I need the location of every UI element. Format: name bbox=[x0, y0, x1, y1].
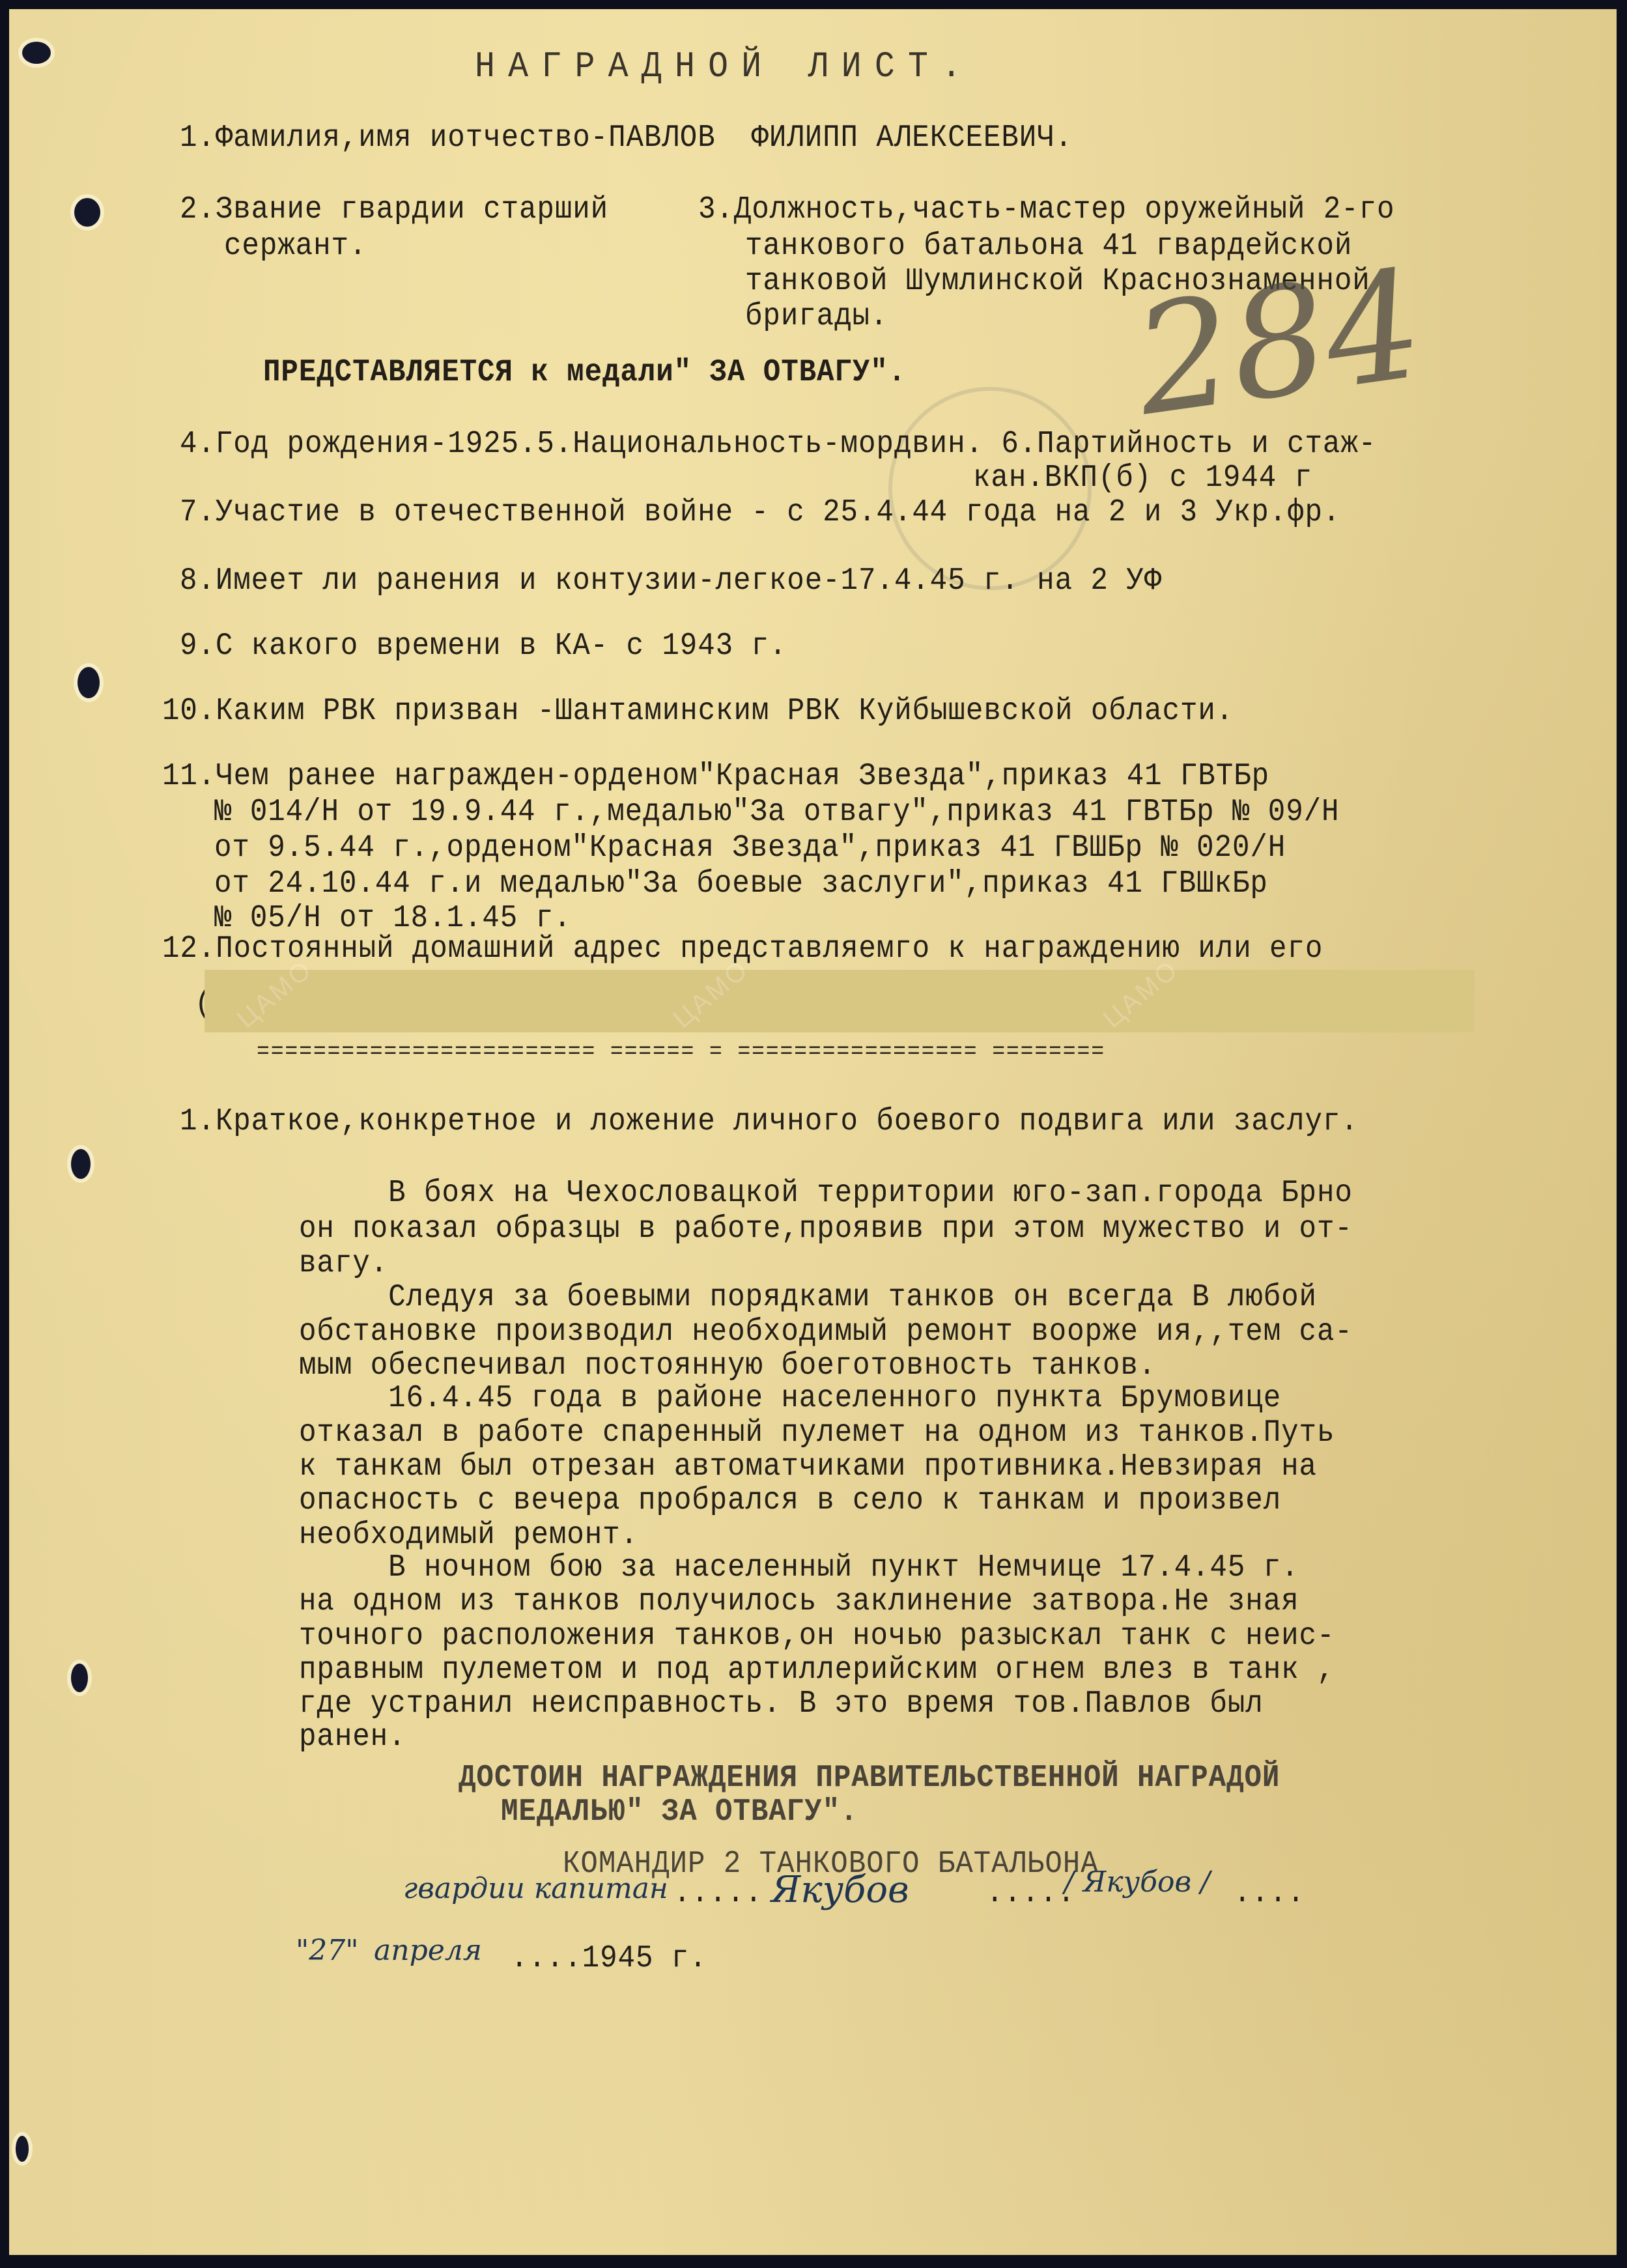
punch-hole bbox=[74, 198, 100, 227]
field-previous-awards-cont: № 014/Н от 19.9.44 г.,медалью"За отвагу"… bbox=[214, 794, 1339, 830]
field-previous-awards-cont: от 24.10.44 г.и медалью"За боевые заслуг… bbox=[214, 866, 1268, 902]
field-rank: 2.Звание гвардии старший bbox=[180, 191, 608, 228]
field-previous-awards-cont: от 9.5.44 г.,орденом"Красная Звезда",при… bbox=[214, 830, 1286, 866]
punch-hole bbox=[78, 667, 100, 698]
feat-text-line: где устранил неисправность. В это время … bbox=[299, 1686, 1264, 1722]
punch-hole bbox=[71, 1664, 88, 1692]
field-service-since: 9.С какого времени в КА- с 1943 г. bbox=[180, 628, 787, 664]
punch-hole bbox=[16, 2136, 29, 2162]
feat-text-line: он показал образцы в работе,проявив при … bbox=[299, 1211, 1353, 1247]
feat-text-line: на одном из танков получилось заклинение… bbox=[299, 1583, 1299, 1620]
feat-text-line: точного расположения танков,он ночью раз… bbox=[299, 1618, 1335, 1654]
field-conscription-office: 10.Каким РВК призван -Шантаминским РВК К… bbox=[162, 693, 1234, 730]
dots: ..... bbox=[986, 1875, 1075, 1912]
redacted-address-block bbox=[205, 970, 1475, 1032]
award-sheet-page: НАГРАДНОЙ ЛИСТ. 1.Фамилия,имя иотчество-… bbox=[9, 9, 1617, 2255]
field-position: 3.Должность,часть-мастер оружейный 2-го bbox=[698, 191, 1394, 228]
conclusion-medal: МЕДАЛЬЮ" ЗА ОТВАГУ". bbox=[501, 1794, 858, 1830]
feat-text-line: 16.4.45 года в районе населенного пункта… bbox=[299, 1380, 1281, 1417]
presented-for-award: ПРЕДСТАВЛЯЕТСЯ к медали" ЗА ОТВАГУ". bbox=[263, 354, 906, 391]
feat-text-line: правным пулеметом и под артиллерийским о… bbox=[299, 1652, 1335, 1688]
handwritten-commander-name: / Якубов / bbox=[1064, 1865, 1210, 1899]
feat-text-line: вагу. bbox=[299, 1245, 388, 1282]
field-position-cont: бригады. bbox=[745, 298, 888, 335]
field-rank-cont: сержант. bbox=[224, 228, 367, 264]
field-full-name: 1.Фамилия,имя иотчество-ПАВЛОВ ФИЛИПП АЛ… bbox=[180, 120, 1073, 156]
feat-text-line: отказал в работе спаренный пулемет на од… bbox=[299, 1415, 1335, 1451]
field-birth-nationality-party: 4.Год рождения-1925.5.Национальность-мор… bbox=[180, 426, 1376, 462]
dots: .... bbox=[1234, 1875, 1305, 1912]
dots: ..... bbox=[673, 1875, 763, 1912]
document-title: НАГРАДНОЙ ЛИСТ. bbox=[475, 48, 974, 85]
commander-signature: Якубов bbox=[771, 1869, 909, 1911]
feat-text-line: мым обеспечивал постоянную боеготовность… bbox=[299, 1348, 1156, 1384]
field-party-cont: кан.ВКП(б) с 1944 г bbox=[973, 460, 1312, 496]
feat-text-line: обстановке производил необходимый ремонт… bbox=[299, 1314, 1353, 1350]
field-previous-awards: 11.Чем ранее награжден-орденом"Красная З… bbox=[162, 758, 1269, 795]
feat-text-line: необходимый ремонт. bbox=[299, 1517, 638, 1553]
conclusion-worthy-of-award: ДОСТОИН НАГРАЖДЕНИЯ ПРАВИТЕЛЬСТВЕННОЙ НА… bbox=[459, 1760, 1280, 1796]
field-wounds: 8.Имеет ли ранения и контузии-легкое-17.… bbox=[180, 563, 1162, 599]
date-year: ....1945 г. bbox=[511, 1940, 707, 1977]
punch-hole bbox=[22, 42, 51, 64]
feat-heading: 1.Краткое,конкретное и ложение личного б… bbox=[180, 1103, 1359, 1140]
handwritten-rank: гвардии капитан bbox=[403, 1872, 668, 1905]
feat-text-line: Следуя за боевыми порядками танков он вс… bbox=[299, 1279, 1317, 1316]
feat-text-line: к танкам был отрезан автоматчиками проти… bbox=[299, 1449, 1317, 1485]
feat-text-line: В боях на Чехословацкой территории юго-з… bbox=[299, 1175, 1353, 1212]
feat-text-line: опасность с вечера пробрался в село к та… bbox=[299, 1482, 1281, 1519]
separator-line: ======================== ====== = ======… bbox=[257, 1038, 1105, 1065]
field-war-participation: 7.Участие в отечественной войне - с 25.4… bbox=[180, 494, 1340, 531]
feat-text-line: В ночном бою за населенный пункт Немчице… bbox=[299, 1550, 1299, 1586]
punch-hole bbox=[71, 1149, 91, 1179]
handwritten-date-day: "27" bbox=[296, 1934, 358, 1967]
feat-text-line: ранен. bbox=[299, 1719, 406, 1755]
handwritten-date-month: апреля bbox=[374, 1934, 482, 1967]
